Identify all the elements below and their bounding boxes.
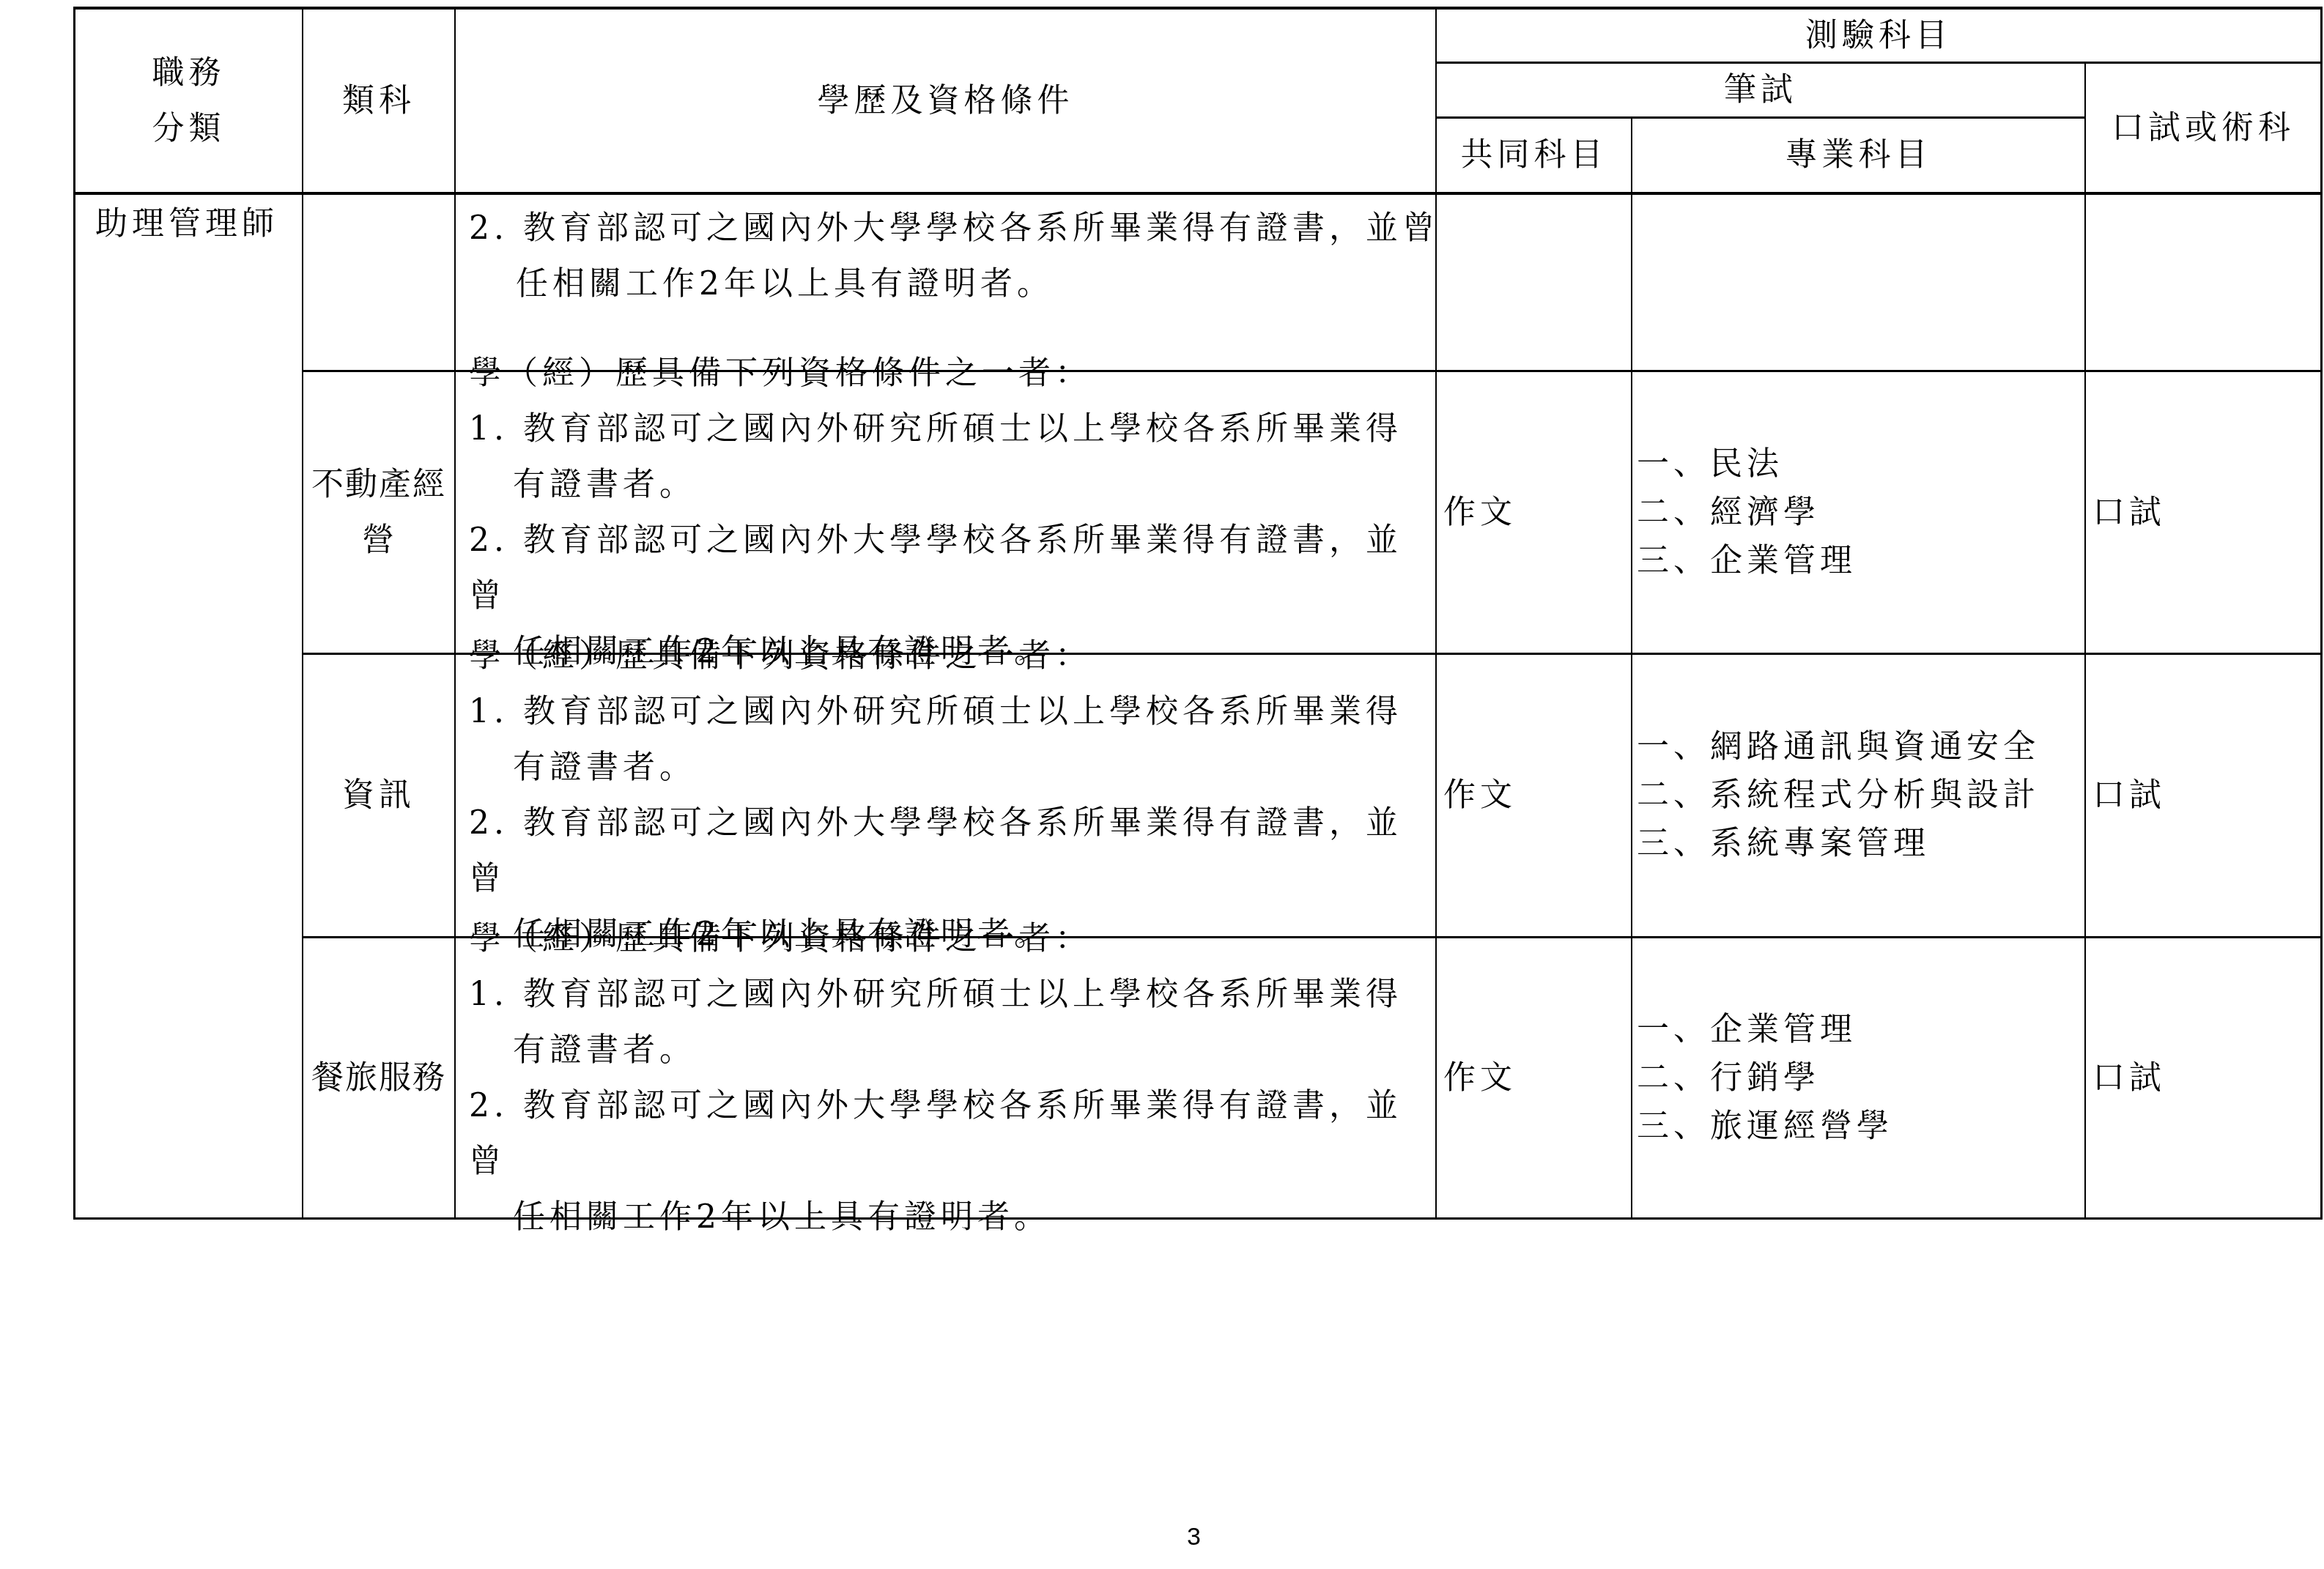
header-qualifications-label: 學歷及資格條件 [818,73,1074,129]
qual-cell: 學（經）歷具備下列資格條件之一者： 1. 教育部認可之國內外研究所碩士以上學校各… [469,372,1429,653]
header-field-label: 類科 [342,73,415,129]
common-subject: 作文 [1443,1050,1517,1106]
header-field: 類科 [303,10,454,192]
rule-right [2320,7,2323,1220]
qual-line: 有證書者。 [469,457,1429,513]
qual-cell: 學（經）歷具備下列資格條件之一者： 1. 教育部認可之國內外研究所碩士以上學校各… [469,655,1429,936]
field-line: 不動產經 [311,457,446,513]
rule-header-bottom [74,192,2322,195]
common-subject-cell: 作文 [1443,938,1627,1217]
field-line: 營 [311,513,446,568]
qual-line: 有證書者。 [469,1023,1429,1078]
professional-subject: 三、系統專案管理 [1637,820,2040,868]
professional-subject-cell: 一、網路通訊與資通安全 二、系統程式分析與設計 三、系統專案管理 [1637,655,2080,936]
field-cell: 餐旅服務 [303,938,454,1217]
header-common-subject-label: 共同科目 [1461,127,1607,183]
header-job-category-line: 分類 [152,101,226,157]
oral-subject: 口試 [2092,1050,2166,1106]
oral-subject: 口試 [2092,485,2166,541]
field-cell: 不動產經 營 [303,372,454,653]
qual-line: 任相關工作2年以上具有證明者。 [469,1190,1429,1245]
field-line: 餐旅服務 [311,1050,446,1106]
qual-line: 學（經）歷具備下列資格條件之一者： [469,911,1429,967]
professional-subject: 一、網路通訊與資通安全 [1637,723,2040,771]
professional-subject: 三、企業管理 [1637,537,1857,585]
rule-col-oral [2084,62,2086,1220]
qual-cell: 學（經）歷具備下列資格條件之一者： 1. 教育部認可之國內外研究所碩士以上學校各… [469,938,1429,1217]
header-written-exam-label: 筆試 [1724,62,1797,118]
qual-line: 任相關工作2年以上具有證明者。 [516,256,1054,312]
field-cell: 資訊 [303,655,454,936]
header-oral-practical-label: 口試或術科 [2112,100,2295,156]
common-subject-cell: 作文 [1443,655,1627,936]
professional-subject: 一、民法 [1637,440,1857,489]
common-subject-cell: 作文 [1443,372,1627,653]
header-oral-practical: 口試或術科 [2086,64,2320,192]
qual-line: 1. 教育部認可之國內外研究所碩士以上學校各系所畢業得 [469,967,1429,1023]
qual-line: 有證書者。 [469,740,1429,795]
header-professional-subject: 專業科目 [1632,119,2084,192]
qual-line: 學（經）歷具備下列資格條件之一者： [469,628,1429,684]
professional-subject-cell: 一、企業管理 二、行銷學 三、旅運經營學 [1637,938,2080,1217]
common-subject: 作文 [1443,485,1517,541]
header-qualifications: 學歷及資格條件 [456,10,1435,192]
field-line: 資訊 [342,768,415,823]
qual-line: 2. 教育部認可之國內外大學學校各系所畢業得有證書，並曾 [469,513,1429,624]
header-written-exam: 筆試 [1437,64,2084,116]
qual-line: 2. 教育部認可之國內外大學學校各系所畢業得有證書，並曾 [469,795,1429,907]
professional-subject: 二、行銷學 [1637,1054,1893,1102]
oral-cell: 口試 [2092,938,2312,1217]
professional-subject: 二、經濟學 [1637,489,1857,537]
professional-subject: 一、企業管理 [1637,1006,1893,1054]
header-professional-subject-label: 專業科目 [1785,127,1932,183]
oral-cell: 口試 [2092,655,2312,936]
oral-subject: 口試 [2092,768,2166,823]
qual-line: 學（經）歷具備下列資格條件之一者： [469,346,1429,401]
header-job-category: 職務 分類 [75,10,302,192]
qual-line: 1. 教育部認可之國內外研究所碩士以上學校各系所畢業得 [469,401,1429,457]
header-job-category-line: 職務 [152,45,226,101]
common-subject: 作文 [1443,768,1517,823]
job-title: 助理管理師 [95,196,278,252]
qual-line: 2. 教育部認可之國內外大學學校各系所畢業得有證書，並曾 [469,201,1439,256]
professional-subject: 二、系統程式分析與設計 [1637,771,2040,820]
header-common-subject: 共同科目 [1437,119,1631,192]
professional-subject-cell: 一、民法 二、經濟學 三、企業管理 [1637,372,2080,653]
qual-line: 1. 教育部認可之國內外研究所碩士以上學校各系所畢業得 [469,684,1429,740]
professional-subject: 三、旅運經營學 [1637,1102,1893,1151]
rule-col-professional [1631,117,1632,1220]
header-test-subjects: 測驗科目 [1437,10,2320,62]
header-test-subjects-label: 測驗科目 [1805,8,1952,64]
qual-line: 2. 教育部認可之國內外大學學校各系所畢業得有證書，並曾 [469,1078,1429,1190]
page-number: 3 [1187,1509,1201,1565]
oral-cell: 口試 [2092,372,2312,653]
